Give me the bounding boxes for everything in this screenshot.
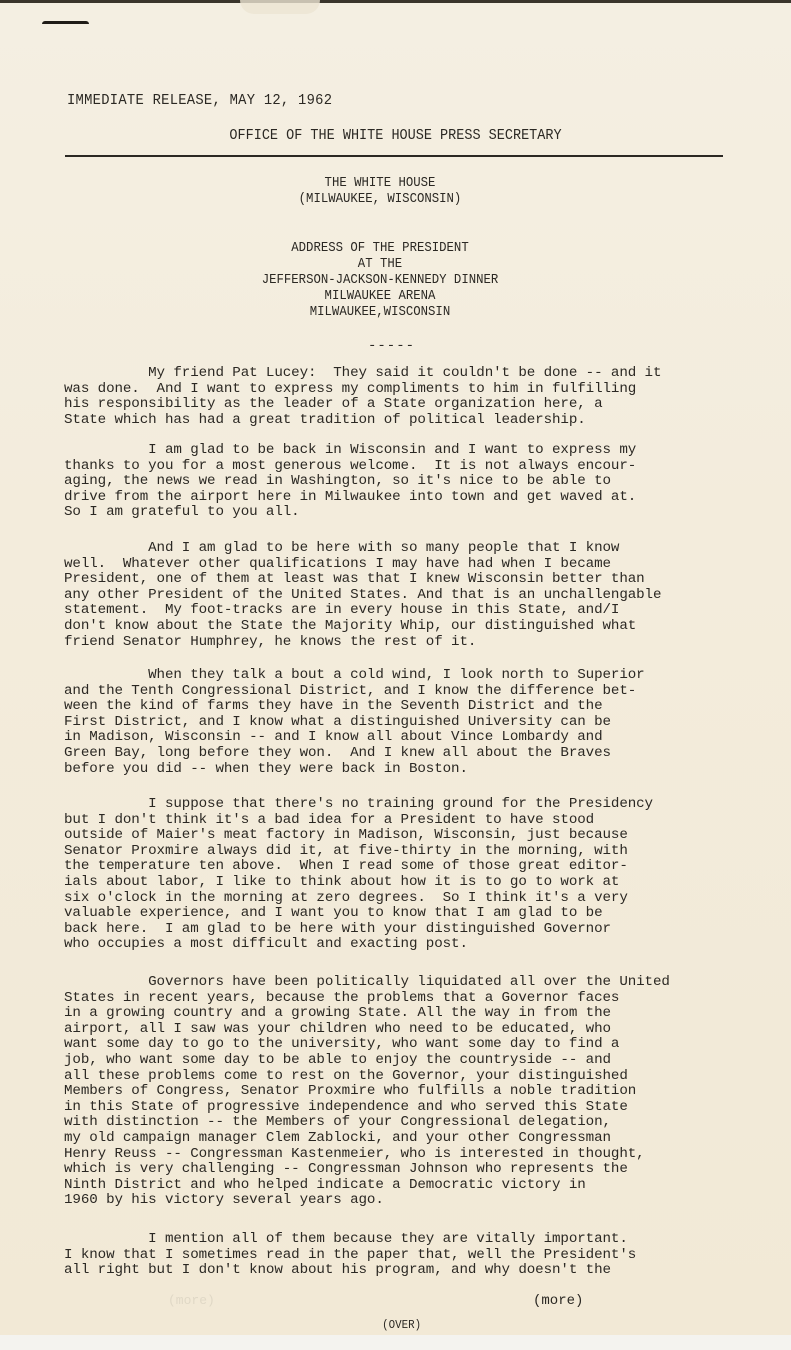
text-line: ials about labor, I like to think about … [64, 875, 784, 891]
text-line: want some day to go to the university, w… [64, 1037, 784, 1053]
text-line: my old campaign manager Clem Zablocki, a… [64, 1131, 784, 1147]
text-line: My friend Pat Lucey: They said it couldn… [64, 366, 784, 382]
text-line: back here. I am glad to be here with you… [64, 922, 784, 938]
page-turn-marker: (OVER) [382, 1318, 421, 1332]
document-page: IMMEDIATE RELEASE, MAY 12, 1962 OFFICE O… [0, 0, 791, 1335]
title-line: AT THE [46, 256, 715, 272]
text-line: his responsibility as the leader of a St… [64, 397, 784, 413]
text-line: 1960 by his victory several years ago. [64, 1193, 784, 1209]
text-line: Governors have been politically liquidat… [64, 975, 784, 991]
text-line: ween the kind of farms they have in the … [64, 699, 784, 715]
title-line: MILWAUKEE ARENA [46, 288, 715, 304]
text-line: and the Tenth Congressional District, an… [64, 684, 784, 700]
paragraph: My friend Pat Lucey: They said it couldn… [64, 366, 784, 428]
text-line: all right but I don't know about his pro… [64, 1263, 784, 1279]
text-line: drive from the airport here in Milwaukee… [64, 490, 784, 506]
scan-bottom-margin [0, 1335, 791, 1350]
text-line: with distinction -- the Members of your … [64, 1115, 784, 1131]
text-line: valuable experience, and I want you to k… [64, 906, 784, 922]
text-line: in this State of progressive independenc… [64, 1100, 784, 1116]
text-line: don't know about the State the Majority … [64, 619, 784, 635]
text-line: Members of Congress, Senator Proxmire wh… [64, 1084, 784, 1100]
location-line: (MILWAUKEE, WISCONSIN) [46, 191, 715, 207]
paragraph: I mention all of them because they are v… [64, 1232, 784, 1279]
paragraph: I suppose that there's no training groun… [64, 797, 784, 953]
location-block: THE WHITE HOUSE (MILWAUKEE, WISCONSIN) [46, 175, 715, 207]
text-line: but I don't think it's a bad idea for a … [64, 813, 784, 829]
text-line: State which has had a great tradition of… [64, 413, 784, 429]
section-separator: ----- [368, 338, 415, 354]
text-line: Senator Proxmire always did it, at five-… [64, 844, 784, 860]
text-line: And I am glad to be here with so many pe… [64, 541, 784, 557]
text-line: six o'clock in the morning at zero degre… [64, 891, 784, 907]
text-line: was done. And I want to express my compl… [64, 382, 784, 398]
text-line: Henry Reuss -- Congressman Kastenmeier, … [64, 1147, 784, 1163]
text-line: well. Whatever other qualifications I ma… [64, 557, 784, 573]
text-line: thanks to you for a most generous welcom… [64, 459, 784, 475]
text-line: I mention all of them because they are v… [64, 1232, 784, 1248]
text-line: in a growing country and a growing State… [64, 1006, 784, 1022]
text-line: aging, the news we read in Washington, s… [64, 474, 784, 490]
title-line: JEFFERSON-JACKSON-KENNEDY DINNER [46, 272, 715, 288]
paragraph: Governors have been politically liquidat… [64, 975, 784, 1209]
text-line: which is very challenging -- Congressman… [64, 1162, 784, 1178]
text-line: So I am grateful to you all. [64, 505, 784, 521]
paragraph: When they talk a bout a cold wind, I loo… [64, 668, 784, 777]
text-line: the temperature ten above. When I read s… [64, 859, 784, 875]
title-block: ADDRESS OF THE PRESIDENT AT THE JEFFERSO… [46, 240, 715, 320]
text-line: friend Senator Humphrey, he knows the re… [64, 635, 784, 651]
office-heading: OFFICE OF THE WHITE HOUSE PRESS SECRETAR… [40, 127, 752, 144]
text-line: airport, all I saw was your children who… [64, 1022, 784, 1038]
text-line: job, who want some day to be able to enj… [64, 1053, 784, 1069]
header-divider [65, 155, 723, 157]
text-line: any other President of the United States… [64, 588, 784, 604]
title-line: MILWAUKEE,WISCONSIN [46, 304, 715, 320]
text-line: all these problems come to rest on the G… [64, 1069, 784, 1085]
paper-tear [240, 0, 320, 14]
text-line: in Madison, Wisconsin -- and I know all … [64, 730, 784, 746]
release-date-line: IMMEDIATE RELEASE, MAY 12, 1962 [67, 92, 332, 109]
text-line: outside of Maier's meat factory in Madis… [64, 828, 784, 844]
text-line: before you did -- when they were back in… [64, 762, 784, 778]
text-line: I know that I sometimes read in the pape… [64, 1248, 784, 1264]
text-line: First District, and I know what a distin… [64, 715, 784, 731]
continued-marker: (more) [533, 1293, 583, 1309]
text-line: who occupies a most difficult and exacti… [64, 937, 784, 953]
paragraph: I am glad to be back in Wisconsin and I … [64, 443, 784, 521]
text-line: statement. My foot-tracks are in every h… [64, 603, 784, 619]
text-line: I am glad to be back in Wisconsin and I … [64, 443, 784, 459]
text-line: When they talk a bout a cold wind, I loo… [64, 668, 784, 684]
text-line: President, one of them at least was that… [64, 572, 784, 588]
page-top-edge [0, 0, 791, 3]
text-line: I suppose that there's no training groun… [64, 797, 784, 813]
location-line: THE WHITE HOUSE [46, 175, 715, 191]
bleed-through-text: (more) [168, 1293, 215, 1308]
text-line: States in recent years, because the prob… [64, 991, 784, 1007]
staple-mark-icon [42, 21, 89, 28]
text-line: Green Bay, long before they won. And I k… [64, 746, 784, 762]
paragraph: And I am glad to be here with so many pe… [64, 541, 784, 650]
text-line: Ninth District and who helped indicate a… [64, 1178, 784, 1194]
title-line: ADDRESS OF THE PRESIDENT [46, 240, 715, 256]
